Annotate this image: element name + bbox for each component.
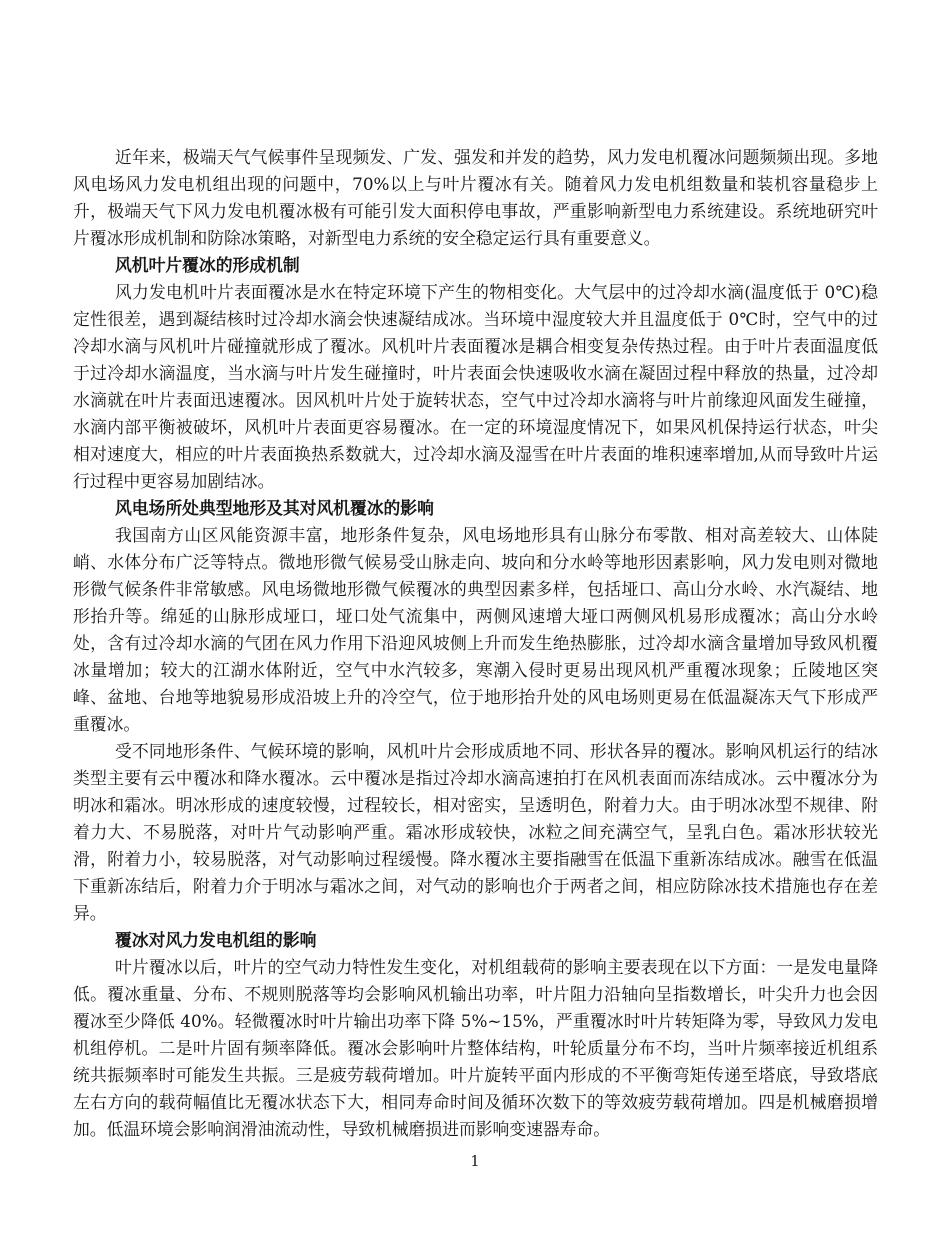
document-page: 近年来，极端天气气候事件呈现频发、广发、强发和并发的趋势，风力发电机覆冰问题频频… — [0, 0, 950, 1242]
section-heading: 风机叶片覆冰的形成机制 — [73, 252, 878, 279]
body-paragraph: 受不同地形条件、气候环境的影响，风机叶片会形成质地不同、形状各异的覆冰。影响风机… — [73, 738, 878, 927]
section-heading: 覆冰对风力发电机组的影响 — [73, 927, 878, 954]
body-paragraph: 叶片覆冰以后，叶片的空气动力特性发生变化，对机组载荷的影响主要表现在以下方面：一… — [73, 954, 878, 1143]
body-paragraph: 我国南方山区风能资源丰富，地形条件复杂，风电场地形具有山脉分布零散、相对高差较大… — [73, 522, 878, 738]
section-heading: 风电场所处典型地形及其对风机覆冰的影响 — [73, 495, 878, 522]
body-paragraph: 近年来，极端天气气候事件呈现频发、广发、强发和并发的趋势，风力发电机覆冰问题频频… — [73, 144, 878, 252]
page-number: 1 — [0, 1152, 950, 1172]
body-paragraph: 风力发电机叶片表面覆冰是水在特定环境下产生的物相变化。大气层中的过冷却水滴(温度… — [73, 279, 878, 495]
document-body: 近年来，极端天气气候事件呈现频发、广发、强发和并发的趋势，风力发电机覆冰问题频频… — [73, 144, 878, 1143]
